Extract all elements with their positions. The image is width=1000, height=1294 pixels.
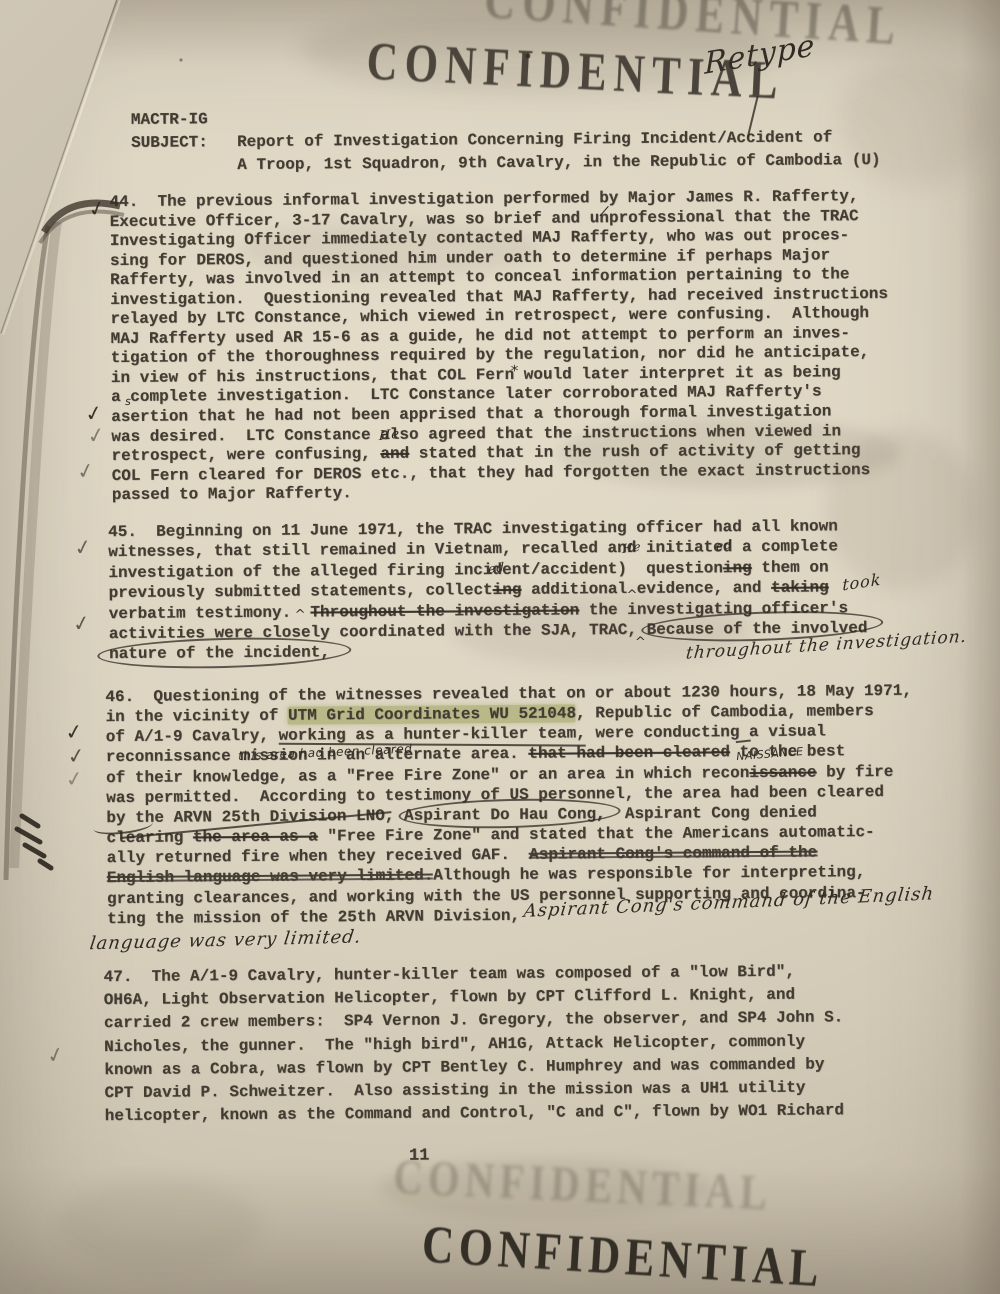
paper-crease-and-scribbles bbox=[0, 0, 1000, 1294]
ink-scribble bbox=[17, 816, 51, 868]
scanned-document-photo: CONFIDENTIAL CONFIDENTIAL MACTR-IG SUBJE… bbox=[0, 0, 1000, 1294]
document-page: CONFIDENTIAL CONFIDENTIAL MACTR-IG SUBJE… bbox=[0, 0, 1000, 1294]
